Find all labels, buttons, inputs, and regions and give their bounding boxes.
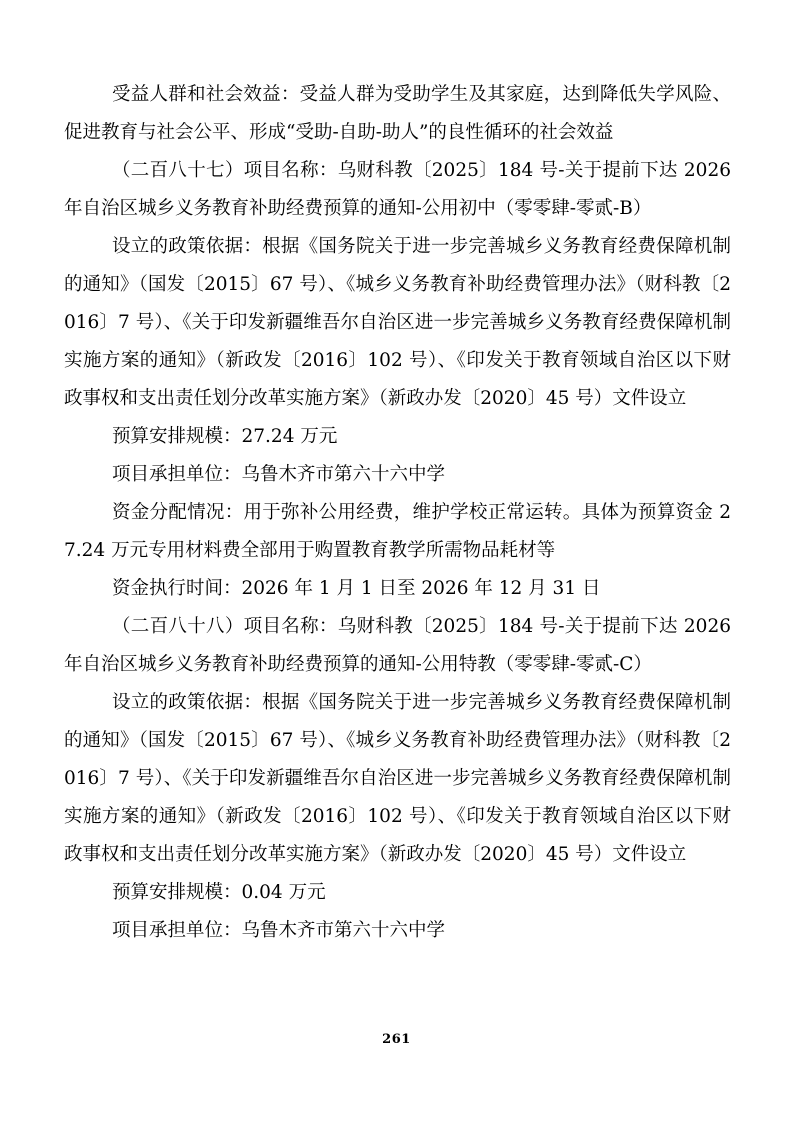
paragraph-project-287-policy-basis: 设立的政策依据：根据《国务院关于进一步完善城乡义务教育经费保障机制的通知》（国发… — [64, 228, 731, 418]
paragraph-project-287-undertaking-unit: 项目承担单位：乌鲁木齐市第六十六中学 — [64, 456, 731, 494]
page-footer: 261 — [0, 1028, 793, 1047]
paragraph-benefit-social-effect: 受益人群和社会效益：受益人群为受助学生及其家庭，达到降低失学风险、促进教育与社会… — [64, 76, 731, 152]
paragraph-project-288-policy-basis: 设立的政策依据：根据《国务院关于进一步完善城乡义务教育经费保障机制的通知》（国发… — [64, 684, 731, 874]
paragraph-project-287-title: （二百八十七）项目名称：乌财科教〔2025〕184 号-关于提前下达 2026 … — [64, 152, 731, 228]
document-body: 受益人群和社会效益：受益人群为受助学生及其家庭，达到降低失学风险、促进教育与社会… — [64, 76, 731, 950]
paragraph-project-288-budget-scale: 预算安排规模：0.04 万元 — [64, 874, 731, 912]
paragraph-project-288-undertaking-unit: 项目承担单位：乌鲁木齐市第六十六中学 — [64, 912, 731, 950]
page-number: 261 — [382, 1032, 411, 1047]
document-page: 受益人群和社会效益：受益人群为受助学生及其家庭，达到降低失学风险、促进教育与社会… — [0, 0, 793, 1122]
paragraph-project-288-title: （二百八十八）项目名称：乌财科教〔2025〕184 号-关于提前下达 2026 … — [64, 608, 731, 684]
paragraph-project-287-fund-allocation: 资金分配情况：用于弥补公用经费，维护学校正常运转。具体为预算资金 27.24 万… — [64, 494, 731, 570]
paragraph-project-287-budget-scale: 预算安排规模：27.24 万元 — [64, 418, 731, 456]
paragraph-project-287-fund-execution-time: 资金执行时间：2026 年 1 月 1 日至 2026 年 12 月 31 日 — [64, 570, 731, 608]
